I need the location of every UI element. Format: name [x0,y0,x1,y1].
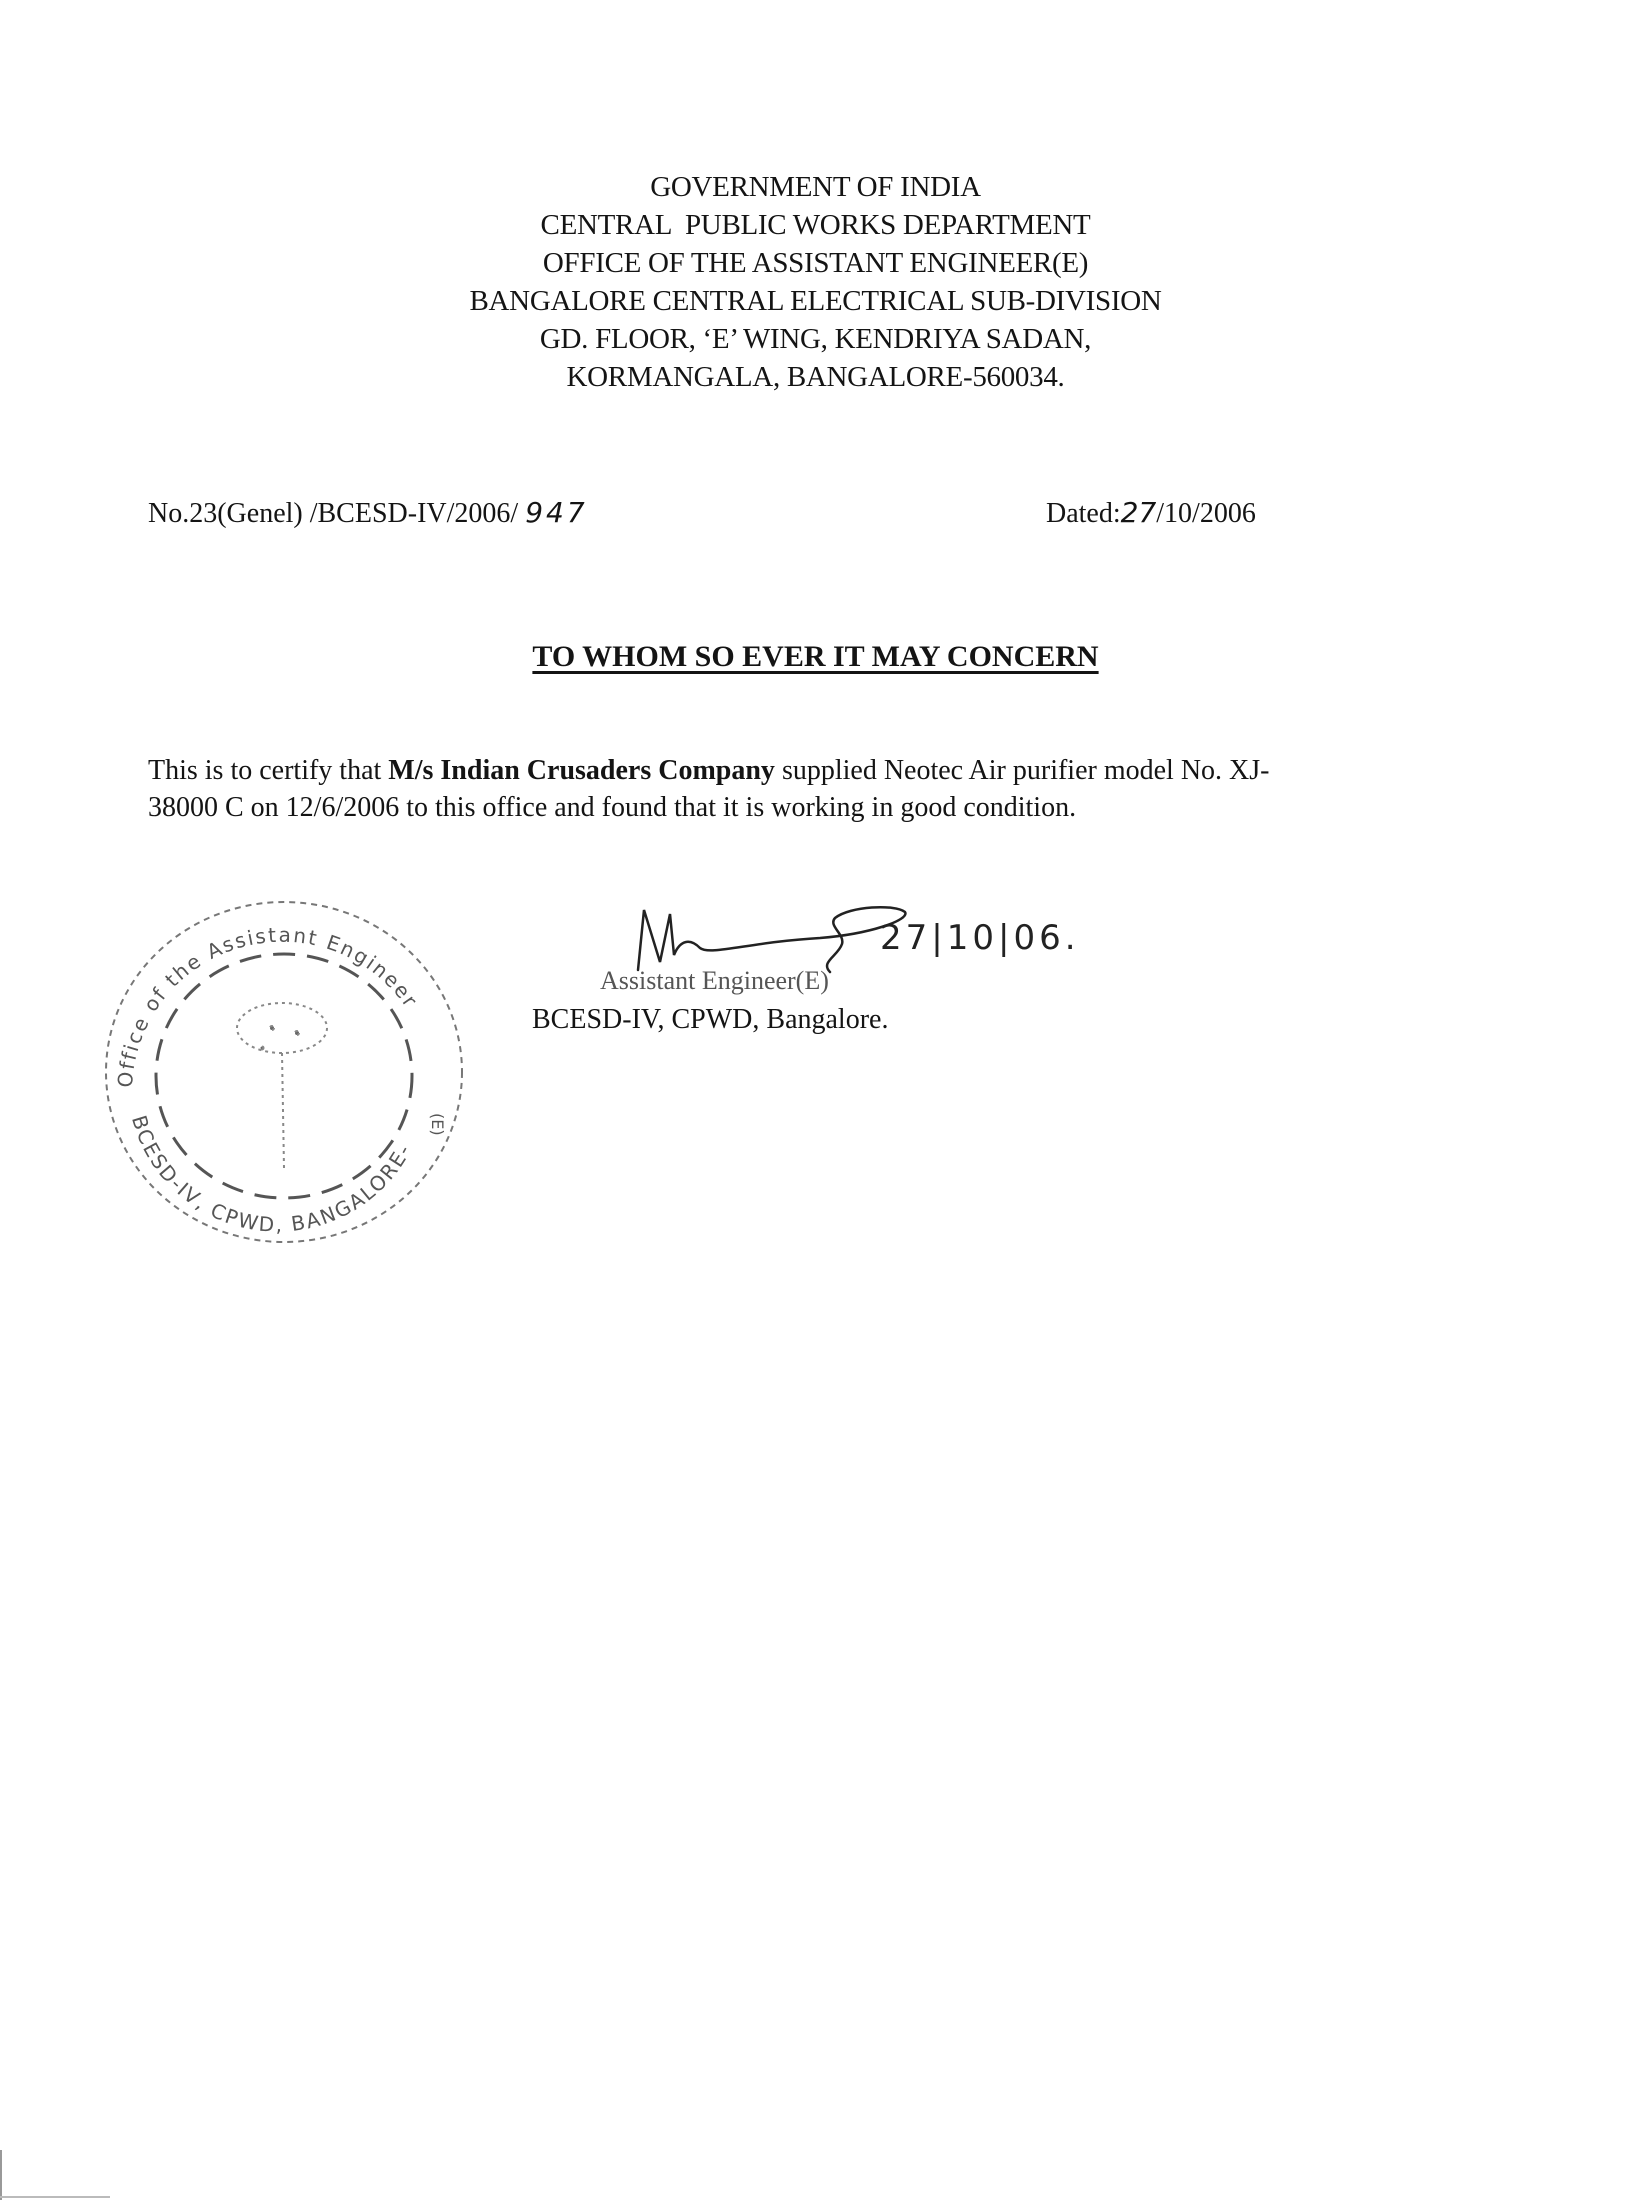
reference-number: No.23(Genel) /BCESD-IV/2006/ 947 [148,496,588,530]
signatory-designation: Assistant Engineer(E) [600,966,829,996]
letterhead-line-subdivision: BANGALORE CENTRAL ELECTRICAL SUB-DIVISIO… [0,282,1631,320]
letterhead-line-government: GOVERNMENT OF INDIA [0,168,1631,206]
certificate-body: This is to certify that M/s Indian Crusa… [148,752,1318,826]
signatory-office: BCESD-IV, CPWD, Bangalore. [532,1004,888,1036]
reference-handwritten-number: 947 [525,496,587,529]
letterhead-line-department: CENTRAL PUBLIC WORKS DEPARTMENT [0,206,1631,244]
letterhead: GOVERNMENT OF INDIA CENTRAL PUBLIC WORKS… [0,168,1631,396]
letterhead-line-city: KORMANGALA, BANGALORE-560034. [0,358,1631,396]
signature-handwritten-date: 27|10|06. [880,918,1080,958]
letterhead-line-office: OFFICE OF THE ASSISTANT ENGINEER(E) [0,244,1631,282]
svg-text:Office of the Assistant Engine: Office of the Assistant Engineer [113,923,423,1089]
document-page: GOVERNMENT OF INDIA CENTRAL PUBLIC WORKS… [0,0,1631,2200]
emblem-icon [237,1003,327,1168]
company-name: M/s Indian Crusaders Company [388,755,775,786]
office-seal-stamp: Office of the Assistant Engineer BCESD-I… [92,888,477,1256]
date-label: Dated: [1046,498,1121,529]
date-rest: /10/2006 [1156,498,1256,529]
letterhead-line-address: GD. FLOOR, ‘E’ WING, KENDRIYA SADAN, [0,320,1631,358]
scan-edge-mark [0,2196,110,2198]
reference-prefix: No.23(Genel) /BCESD-IV/2006/ [148,498,525,529]
subject-heading: TO WHOM SO EVER IT MAY CONCERN [0,640,1631,674]
scan-edge-mark [0,2150,2,2200]
date-handwritten-day: 27 [1121,496,1157,529]
stamp-top-text: Office of the Assistant Engineer [113,923,423,1089]
stamp-side-text: (E) [428,1113,447,1136]
date-line: Dated:27/10/2006 [1046,496,1256,530]
